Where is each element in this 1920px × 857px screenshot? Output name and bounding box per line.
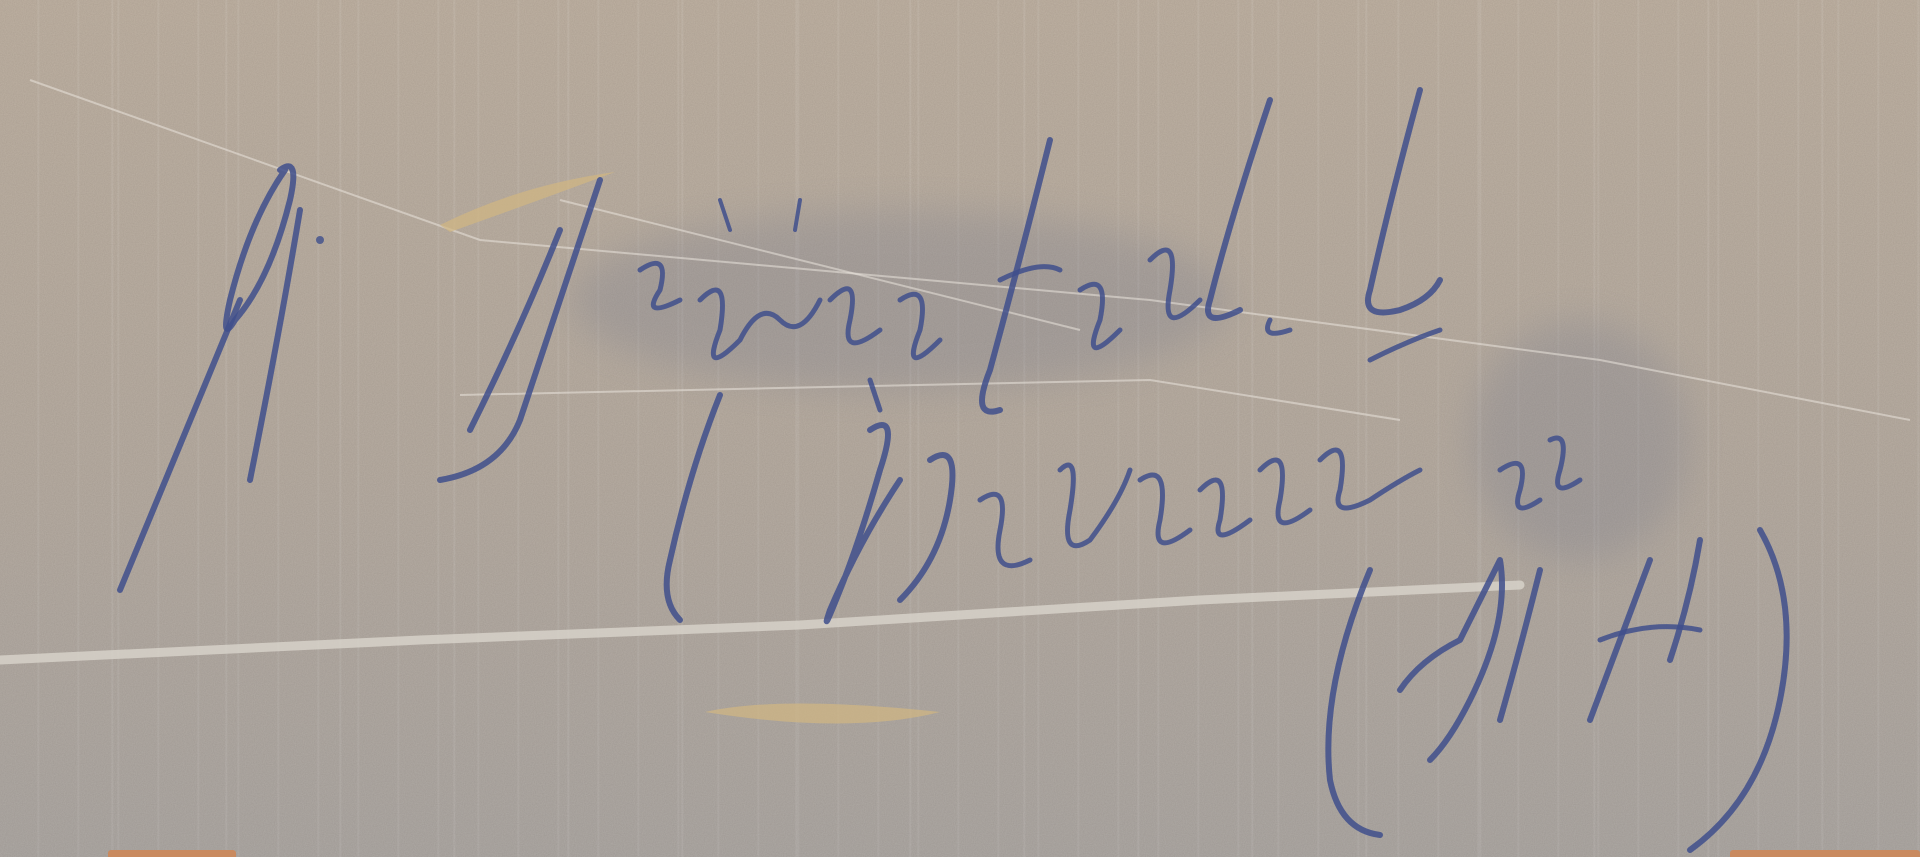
handwriting-layer — [0, 0, 1920, 857]
frame-edge-tab-right — [1730, 850, 1920, 857]
inscription-word-g — [120, 166, 324, 590]
frame-edge-tab-left — [108, 850, 236, 857]
inscription-monogram-circle — [1328, 530, 1786, 850]
